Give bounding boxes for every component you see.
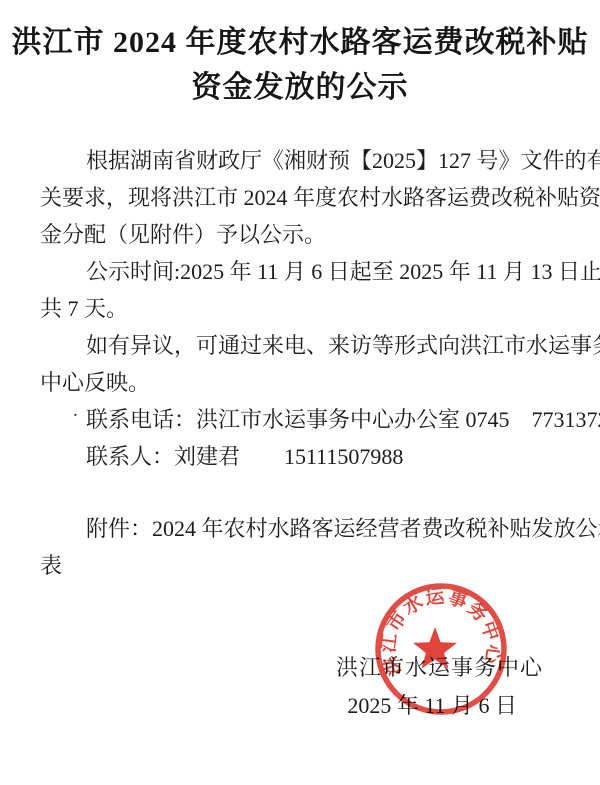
blank-gap [40, 475, 564, 510]
attachment-line: 表 [40, 547, 564, 584]
notice-period-line: 公示时间:2025 年 11 月 6 日起至 2025 年 11 月 13 日止… [40, 253, 564, 290]
document-title-line1: 洪江市 2024 年度农村水路客运费改税补贴 [0, 20, 600, 65]
objection-line: 中心反映。 [40, 364, 564, 401]
paragraph-line: 关要求，现将洪江市 2024 年度农村水路客运费改税补贴资 [40, 179, 564, 216]
official-seal-stamp: 洪江市水运事务中心 [371, 580, 513, 720]
document-title: 洪江市 2024 年度农村水路客运费改税补贴 资金发放的公示 [0, 20, 600, 110]
star-icon [413, 627, 457, 669]
objection-line: 如有异议，可通过来电、来访等形式向洪江市水运事务 [40, 327, 564, 364]
document-title-line2: 资金发放的公示 [0, 65, 600, 110]
contact-phone-line: 联系电话：洪江市水运事务中心办公室 0745 7731372 [40, 401, 564, 438]
document-body: 根据湖南省财政厅《湘财预【2025】127 号》文件的有 关要求，现将洪江市 2… [40, 142, 564, 584]
document-page: 洪江市 2024 年度农村水路客运费改税补贴 资金发放的公示 根据湖南省财政厅《… [0, 0, 600, 785]
paragraph-line: 根据湖南省财政厅《湘财预【2025】127 号》文件的有 [40, 142, 564, 179]
attachment-line: 附件：2024 年农村水路客运经营者费改税补贴发放公示 [40, 510, 564, 547]
notice-period-line: 共 7 天。 [40, 290, 564, 327]
seal-arc-text: 洪江市水运事务中心 [371, 580, 508, 679]
contact-person-line: 联系人：刘建君 15111507988 [40, 438, 564, 475]
stray-ink-mark: . [73, 392, 78, 429]
paragraph-line: 金分配（见附件）予以公示。 [40, 216, 564, 253]
